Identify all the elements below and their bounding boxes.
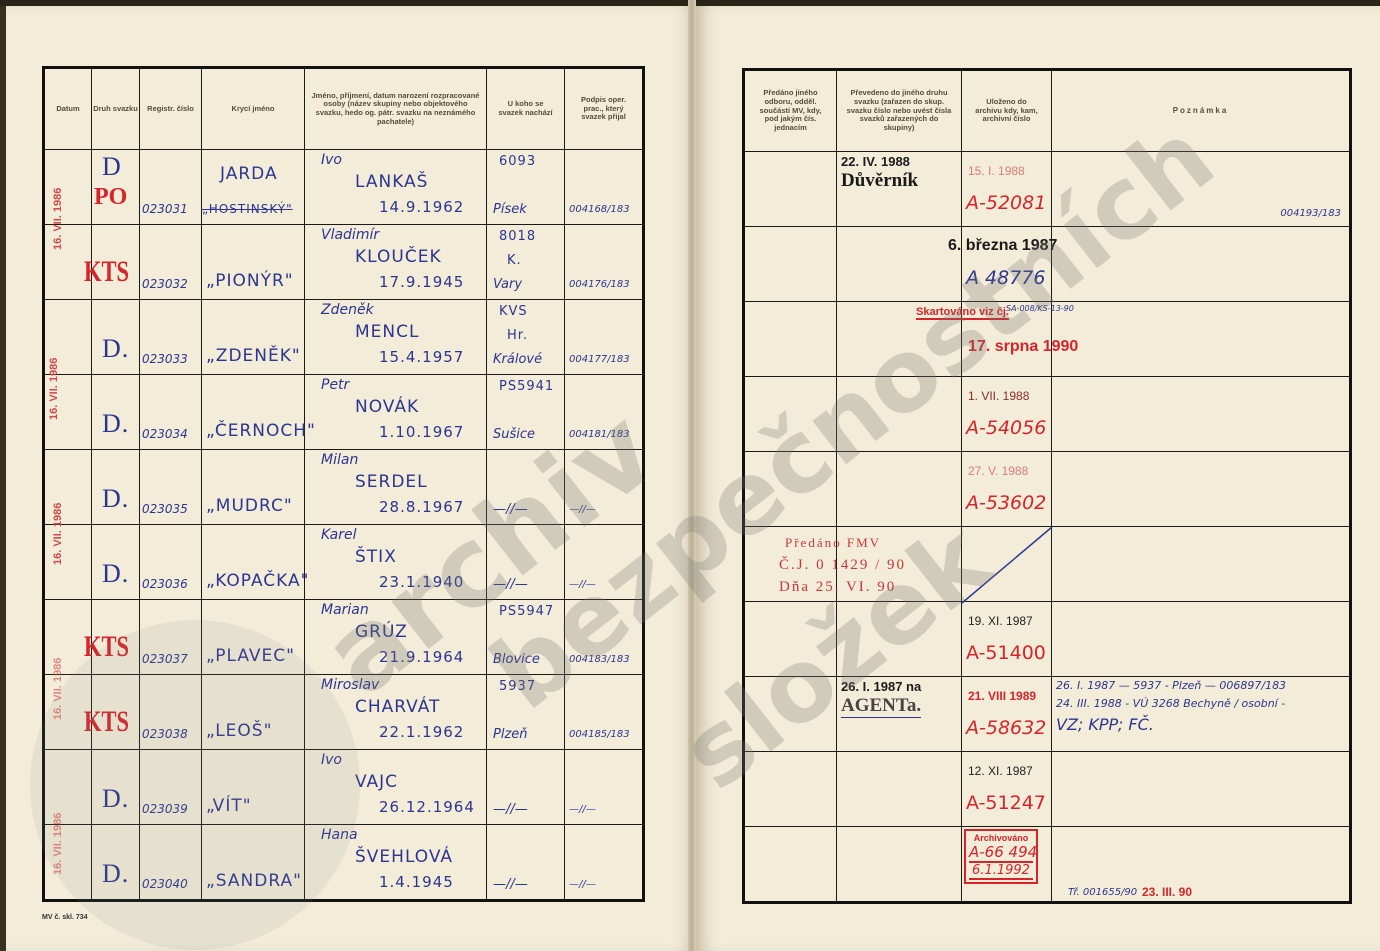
cell-ulozeno: 12. XI. 1987A-51247 (962, 752, 1052, 827)
header-kryci-jmeno: Krycí jméno (202, 68, 305, 150)
date-of-birth: 15.4.1957 (379, 348, 464, 366)
druh-handwritten: D. (102, 409, 129, 439)
ledger-row: KTS 023032 „PIONÝR" Vladimír KLOUČEK 17.… (44, 225, 644, 300)
u-koho-top: 5937 (499, 679, 536, 694)
cell-registr: 023032 (140, 225, 202, 300)
cell-ulozeno: 6. března 1987A 48776 (962, 227, 1052, 302)
surname: SERDEL (355, 472, 428, 492)
u-koho-bottom: —//— (493, 502, 528, 517)
date-of-birth: 14.9.1962 (379, 198, 464, 216)
poznamka-line: 26. I. 1987 — 5937 - Plzeň — 006897/183 (1056, 679, 1286, 692)
cell-u-koho: —//— (487, 525, 565, 600)
u-koho-top: KVS (499, 304, 528, 319)
surname: ŠTIX (355, 547, 397, 567)
right-header-row: Předáno jiného odboru, odděl. součásti M… (744, 70, 1351, 152)
cell-poznamka (1052, 527, 1351, 602)
kryci-jmeno: „MUDRC" (206, 496, 293, 516)
archive-number: A-51247 (966, 792, 1046, 814)
u-koho-top: 6093 (499, 154, 536, 169)
cell-u-koho: KVS Hr. Králové (487, 300, 565, 375)
registr-number: 023032 (142, 277, 188, 291)
first-name: Miroslav (321, 677, 379, 693)
ledger-row: KTS 023038 „LEOŠ" Miroslav CHARVÁT 22.1.… (44, 675, 644, 750)
ledger-row: D. 023039 „VÍT" Ivo VAJC 26.12.1964 —//— (44, 750, 644, 825)
first-name: Ivo (321, 752, 342, 768)
podpis: 004168/183 (569, 204, 630, 215)
cell-predano (744, 227, 837, 302)
ledger-row: 6. března 1987A 48776 (744, 227, 1351, 302)
cell-u-koho: —//— (487, 750, 565, 825)
cell-druh: D. (92, 450, 140, 525)
podpis: —//— (569, 579, 596, 590)
surname: LANKAŠ (355, 172, 428, 192)
cell-podpis: —//— (565, 450, 644, 525)
cell-prevedeno (837, 752, 962, 827)
cell-registr: 023040 (140, 825, 202, 901)
cell-osoba: Karel ŠTIX 23.1.1940 (305, 525, 487, 600)
druh-stamp: KTS (84, 630, 129, 664)
cell-kryci-jmeno: JARDA „HOSTINSKÝ" (202, 150, 305, 225)
cell-ulozeno: Skartováno viz čj. SA-008/KS-13-9017. sr… (962, 302, 1052, 377)
kryci-jmeno: „ZDENĚK" (206, 346, 301, 366)
cell-predano (744, 827, 837, 903)
cell-kryci-jmeno: „ZDENĚK" (202, 300, 305, 375)
header-jmeno-prijmeni: Jméno, příjmení, datum narození rozpraco… (305, 68, 487, 150)
registr-number: 023031 (142, 202, 188, 216)
right-ledger-table: Předáno jiného odboru, odděl. součásti M… (742, 68, 1352, 904)
cell-osoba: Marian GRÚZ 21.9.1964 (305, 600, 487, 675)
header-datum: Datum (44, 68, 92, 150)
cell-registr: 023031 (140, 150, 202, 225)
u-koho-bottom: Králové (493, 352, 542, 367)
cell-druh: KTS (92, 225, 140, 300)
u-koho-bottom: Plzeň (493, 727, 528, 742)
cell-predano (744, 752, 837, 827)
druh-stamp: PO (94, 184, 127, 211)
druh-handwritten: D. (102, 484, 129, 514)
cell-osoba: Milan SERDEL 28.8.1967 (305, 450, 487, 525)
header-registr-cislo: Registr. číslo (140, 68, 202, 150)
registr-number: 023036 (142, 577, 188, 591)
cell-poznamka (1052, 302, 1351, 377)
druh-handwritten: D (102, 152, 122, 182)
podpis: —//— (569, 879, 596, 890)
date-of-birth: 26.12.1964 (379, 798, 475, 816)
cell-u-koho: —//— (487, 825, 565, 901)
margin-date-stamp: 16. VII. 1986 (52, 503, 64, 565)
registr-number: 023037 (142, 652, 188, 666)
registr-number: 023033 (142, 352, 188, 366)
cell-podpis: 004181/183 (565, 375, 644, 450)
header-podpis: Podpis oper. prac., který svazek přijal (565, 68, 644, 150)
first-name: Ivo (321, 152, 342, 168)
ulozeno-date-stamp: 6. března 1987 (948, 237, 1057, 255)
kryci-jmeno: „SANDRA" (206, 871, 302, 891)
first-name: Karel (321, 527, 357, 543)
cell-predano (744, 602, 837, 677)
cell-prevedeno (837, 827, 962, 903)
cell-u-koho: 8018 K. Vary (487, 225, 565, 300)
margin-date-stamp: 16. VII. 1986 (48, 358, 60, 420)
kryci-jmeno: „PLAVEC" (206, 646, 295, 666)
cell-druh: KTS (92, 600, 140, 675)
first-name: Marian (321, 602, 369, 618)
poznamka-note: 004193/183 (1280, 208, 1341, 219)
ledger-row: 22. IV. 1988Důvěrník 15. I. 1988A-52081 … (744, 152, 1351, 227)
cell-kryci-jmeno: „SANDRA" (202, 825, 305, 901)
druh-handwritten: D. (102, 859, 129, 889)
cell-registr: 023039 (140, 750, 202, 825)
podpis: —//— (569, 804, 596, 815)
u-koho-bottom: —//— (493, 802, 528, 817)
cell-osoba: Zdeněk MENCL 15.4.1957 (305, 300, 487, 375)
cell-registr: 023036 (140, 525, 202, 600)
ledger-row: D PO 023031 JARDA „HOSTINSKÝ" Ivo LANKAŠ… (44, 150, 644, 225)
cell-kryci-jmeno: „KOPAČKA" (202, 525, 305, 600)
cell-prevedeno: 22. IV. 1988Důvěrník (837, 152, 962, 227)
header-poznamka: Poznámka (1052, 70, 1351, 152)
ledger-row: 1. VII. 1988A-54056 (744, 377, 1351, 452)
ledger-row: 12. XI. 1987A-51247 (744, 752, 1351, 827)
ledger-row: Archivováno A-66 494 6.1.1992 Tř. 001655… (744, 827, 1351, 903)
cell-druh: KTS (92, 675, 140, 750)
cell-predano (744, 452, 837, 527)
left-header-row: Datum Druh svazku Registr. číslo Krycí j… (44, 68, 644, 150)
ulozeno-date-stamp: 12. XI. 1987 (968, 764, 1033, 778)
cell-registr: 023038 (140, 675, 202, 750)
cell-datum (44, 750, 92, 825)
ulozeno-date-stamp: 1. VII. 1988 (968, 389, 1029, 403)
archived-label: Archivováno (969, 833, 1033, 843)
cell-prevedeno: 26. I. 1987 naAGENTa. (837, 677, 962, 752)
cell-osoba: Petr NOVÁK 1.10.1967 (305, 375, 487, 450)
cell-prevedeno (837, 602, 962, 677)
cell-ulozeno: 19. XI. 1987A-51400 (962, 602, 1052, 677)
ledger-row: D. 023040 „SANDRA" Hana ŠVEHLOVÁ 1.4.194… (44, 825, 644, 901)
cell-osoba: Hana ŠVEHLOVÁ 1.4.1945 (305, 825, 487, 901)
podpis: 004177/183 (569, 354, 630, 365)
registr-number: 023038 (142, 727, 188, 741)
surname: VAJC (355, 772, 398, 792)
cell-registr: 023033 (140, 300, 202, 375)
cell-registr: 023034 (140, 375, 202, 450)
cell-predano (744, 677, 837, 752)
ledger-row: D. 023035 „MUDRC" Milan SERDEL 28.8.1967… (44, 450, 644, 525)
cell-podpis: —//— (565, 825, 644, 901)
date-of-birth: 1.4.1945 (379, 873, 454, 891)
poznamka-line: 24. III. 1988 - VÚ 3268 Bechyně / osobní… (1056, 697, 1285, 710)
kryci-jmeno: „KOPAČKA" (206, 571, 309, 591)
cell-osoba: Ivo VAJC 26.12.1964 (305, 750, 487, 825)
cell-datum (44, 450, 92, 525)
book-gutter (688, 0, 696, 951)
cell-kryci-jmeno: „ČERNOCH" (202, 375, 305, 450)
ulozeno-date-stamp: 27. V. 1988 (968, 464, 1028, 478)
cell-u-koho: PS5941 Sušice (487, 375, 565, 450)
first-name: Petr (321, 377, 349, 393)
cell-poznamka (1052, 602, 1351, 677)
cell-u-koho: 6093 Písek (487, 150, 565, 225)
registr-number: 023039 (142, 802, 188, 816)
cell-registr: 023035 (140, 450, 202, 525)
ulozeno-date-stamp: 21. VIII 1989 (968, 689, 1036, 703)
archived-stamp-box: Archivováno A-66 494 6.1.1992 (964, 829, 1038, 884)
surname: CHARVÁT (355, 697, 440, 717)
shredded-stamp: Skartováno viz čj. (916, 306, 1009, 320)
first-name: Vladimír (321, 227, 379, 243)
kryci-jmeno: „LEOŠ" (206, 721, 272, 741)
prevedeno-type: AGENTa. (841, 695, 921, 718)
kryci-jmeno: „VÍT" (206, 796, 252, 816)
first-name: Milan (321, 452, 358, 468)
header-ulozeno: Uloženo do archivu kdy, kam, archivní čí… (962, 70, 1052, 152)
druh-handwritten: D. (102, 334, 129, 364)
u-koho-top: PS5941 (499, 379, 554, 394)
poznamka-line: VZ; KPP; FČ. (1056, 715, 1154, 734)
ledger-row: D. 023036 „KOPAČKA" Karel ŠTIX 23.1.1940… (44, 525, 644, 600)
poznamka-bottom-ref: Tř. 001655/90 (1068, 887, 1137, 898)
archived-date: 6.1.1992 (969, 863, 1033, 880)
cell-poznamka: 004193/183 (1052, 152, 1351, 227)
cell-kryci-jmeno: „VÍT" (202, 750, 305, 825)
cell-druh: D. (92, 525, 140, 600)
u-koho-mid: K. (507, 253, 522, 268)
left-ledger-table: Datum Druh svazku Registr. číslo Krycí j… (42, 66, 645, 902)
ledger-row: 27. V. 1988A-53602 (744, 452, 1351, 527)
surname: KLOUČEK (355, 247, 442, 267)
cell-datum (44, 525, 92, 600)
podpis: —//— (569, 504, 596, 515)
header-u-koho: U koho se svazek nachází (487, 68, 565, 150)
ledger-row: Skartováno viz čj. SA-008/KS-13-9017. sr… (744, 302, 1351, 377)
date-of-birth: 1.10.1967 (379, 423, 464, 441)
cell-kryci-jmeno: „LEOŠ" (202, 675, 305, 750)
prevedeno-date: 26. I. 1987 na (841, 679, 921, 694)
margin-date-stamp: 16. VII. 1986 (52, 813, 64, 875)
cell-prevedeno (837, 377, 962, 452)
cell-ulozeno (962, 527, 1052, 602)
prevedeno-date: 22. IV. 1988 (841, 154, 910, 169)
cell-ulozeno: 27. V. 1988A-53602 (962, 452, 1052, 527)
surname: NOVÁK (355, 397, 419, 417)
cell-ulozeno: 1. VII. 1988A-54056 (962, 377, 1052, 452)
header-prevedeno: Převedeno do jiného druhu svazku (zařaze… (837, 70, 962, 152)
ulozeno-date-stamp: 19. XI. 1987 (968, 614, 1033, 628)
cell-podpis: 004168/183 (565, 150, 644, 225)
surname: GRÚZ (355, 622, 408, 642)
u-koho-bottom: —//— (493, 877, 528, 892)
podpis: 004181/183 (569, 429, 630, 440)
cell-druh: D. (92, 750, 140, 825)
cell-ulozeno: Archivováno A-66 494 6.1.1992 (962, 827, 1052, 903)
ledger-row: KTS 023037 „PLAVEC" Marian GRÚZ 21.9.196… (44, 600, 644, 675)
registr-number: 023040 (142, 877, 188, 891)
date-of-birth: 28.8.1967 (379, 498, 464, 516)
cell-prevedeno (837, 527, 962, 602)
archive-number: A-51400 (966, 642, 1046, 664)
ledger-row: Předáno FMVČ.J. 0 1429 / 90Dňa 25. VI. 9… (744, 527, 1351, 602)
archived-number: A-66 494 (969, 843, 1033, 863)
cell-u-koho: —//— (487, 450, 565, 525)
cell-podpis: 004185/183 (565, 675, 644, 750)
kryci-jmeno: „ČERNOCH" (206, 421, 316, 441)
cell-podpis: —//— (565, 525, 644, 600)
podpis: 004185/183 (569, 729, 630, 740)
cell-kryci-jmeno: „MUDRC" (202, 450, 305, 525)
date-of-birth: 17.9.1945 (379, 273, 464, 291)
cell-u-koho: PS5947 Blovice (487, 600, 565, 675)
cell-poznamka (1052, 227, 1351, 302)
cell-podpis: 004176/183 (565, 225, 644, 300)
cell-u-koho: 5937 Plzeň (487, 675, 565, 750)
druh-handwritten: D. (102, 559, 129, 589)
header-predano: Předáno jiného odboru, odděl. součásti M… (744, 70, 837, 152)
cell-podpis: 004177/183 (565, 300, 644, 375)
cell-predano (744, 377, 837, 452)
ulozeno-date-stamp: 15. I. 1988 (968, 164, 1025, 178)
u-koho-bottom: Písek (493, 202, 527, 217)
registr-number: 023034 (142, 427, 188, 441)
registr-number: 023035 (142, 502, 188, 516)
poznamka-bottom-date: 23. III. 90 (1142, 885, 1192, 899)
cell-poznamka: 26. I. 1987 — 5937 - Plzeň — 006897/1832… (1052, 677, 1351, 752)
cell-datum (44, 825, 92, 901)
u-koho-top: 8018 (499, 229, 536, 244)
druh-handwritten: D. (102, 784, 129, 814)
cell-podpis: 004183/183 (565, 600, 644, 675)
ledger-row: D. 023034 „ČERNOCH" Petr NOVÁK 1.10.1967… (44, 375, 644, 450)
cell-kryci-jmeno: „PIONÝR" (202, 225, 305, 300)
surname: MENCL (355, 322, 419, 342)
date-of-birth: 23.1.1940 (379, 573, 464, 591)
cell-predano (744, 152, 837, 227)
u-koho-bottom: Vary (493, 277, 522, 292)
podpis: 004183/183 (569, 654, 630, 665)
cell-ulozeno: 21. VIII 1989A-58632 (962, 677, 1052, 752)
cell-predano (744, 302, 837, 377)
cell-osoba: Vladimír KLOUČEK 17.9.1945 (305, 225, 487, 300)
form-number: MV č. skl. 734 (42, 914, 88, 921)
cell-poznamka (1052, 752, 1351, 827)
cell-kryci-jmeno: „PLAVEC" (202, 600, 305, 675)
archive-number: A-52081 (966, 192, 1046, 214)
archive-number: A-53602 (966, 492, 1046, 514)
u-koho-bottom: Blovice (493, 652, 540, 667)
cell-poznamka (1052, 452, 1351, 527)
cell-registr: 023037 (140, 600, 202, 675)
archive-number: A 48776 (966, 267, 1045, 289)
podpis: 004176/183 (569, 279, 630, 290)
ledger-row: 19. XI. 1987A-51400 (744, 602, 1351, 677)
cell-ulozeno: 15. I. 1988A-52081 (962, 152, 1052, 227)
druh-stamp: KTS (84, 255, 129, 289)
archive-number: A-58632 (966, 717, 1046, 739)
archive-number: A-54056 (966, 417, 1046, 439)
cell-predano: Předáno FMVČ.J. 0 1429 / 90Dňa 25. VI. 9… (744, 527, 837, 602)
cell-druh: D. (92, 300, 140, 375)
date-of-birth: 22.1.1962 (379, 723, 464, 741)
u-koho-bottom: Sušice (493, 427, 535, 442)
u-koho-bottom: —//— (493, 577, 528, 592)
margin-date-stamp: 16. VII. 1986 (52, 658, 64, 720)
cell-prevedeno (837, 227, 962, 302)
cell-druh: D. (92, 375, 140, 450)
margin-date-stamp: 16. VII. 1986 (52, 188, 64, 250)
ledger-row: 26. I. 1987 naAGENTa. 21. VIII 1989A-586… (744, 677, 1351, 752)
druh-stamp: KTS (84, 705, 129, 739)
u-koho-top: PS5947 (499, 604, 554, 619)
kryci-jmeno: „PIONÝR" (206, 271, 294, 291)
cell-osoba: Ivo LANKAŠ 14.9.1962 (305, 150, 487, 225)
ledger-row: D. 023033 „ZDENĚK" Zdeněk MENCL 15.4.195… (44, 300, 644, 375)
cell-osoba: Miroslav CHARVÁT 22.1.1962 (305, 675, 487, 750)
cell-podpis: —//— (565, 750, 644, 825)
header-druh-svazku: Druh svazku (92, 68, 140, 150)
first-name: Hana (321, 827, 358, 843)
first-name: Zdeněk (321, 302, 374, 318)
cell-poznamka: Tř. 001655/90 23. III. 90 (1052, 827, 1351, 903)
prevedeno-type: Důvěrník (841, 170, 918, 192)
cell-prevedeno (837, 452, 962, 527)
date-of-birth: 21.9.1964 (379, 648, 464, 666)
cell-druh: D. (92, 825, 140, 901)
kryci-jmeno-old: „HOSTINSKÝ" (202, 202, 293, 216)
kryci-jmeno: JARDA (220, 164, 278, 184)
cell-datum (44, 150, 92, 225)
cell-druh: D PO (92, 150, 140, 225)
cell-poznamka (1052, 377, 1351, 452)
surname: ŠVEHLOVÁ (355, 847, 453, 867)
u-koho-mid: Hr. (507, 328, 528, 343)
